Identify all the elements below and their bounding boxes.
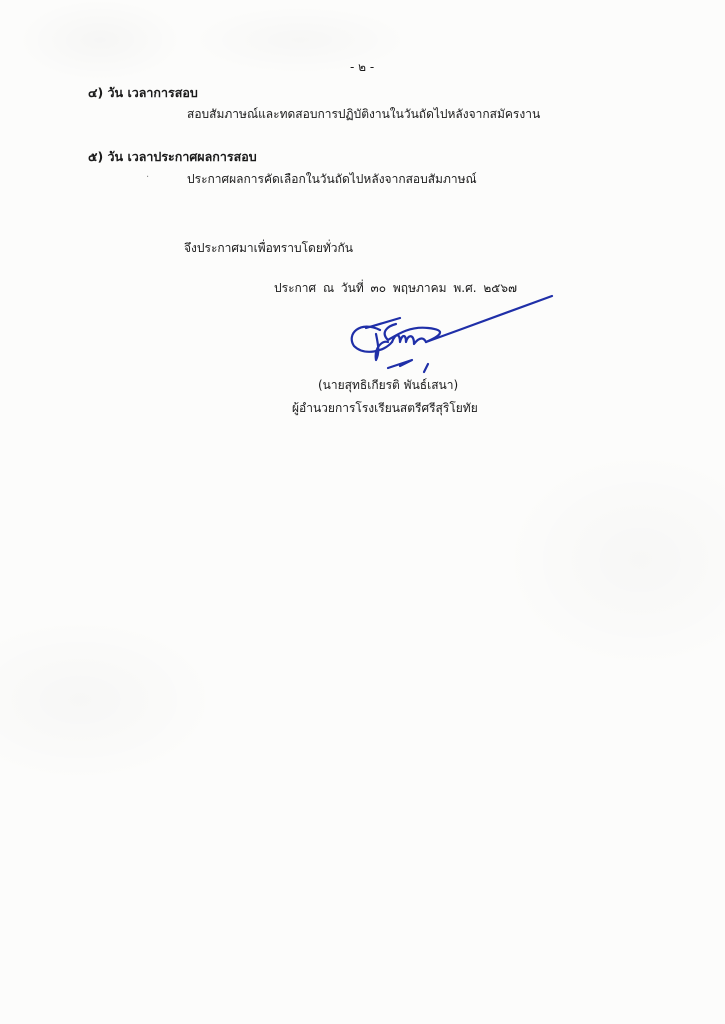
signer-name: (นายสุทธิเกียรติ พันธ์เสนา) xyxy=(318,376,458,395)
section-4-heading: ๔) วัน เวลาการสอบ xyxy=(88,83,198,103)
closing-statement: จึงประกาศมาเพื่อทราบโดยทั่วกัน xyxy=(184,239,353,258)
page-number: - ๒ - xyxy=(350,58,374,77)
section-5-body: ประกาศผลการคัดเลือกในวันถัดไปหลังจากสอบส… xyxy=(187,170,477,189)
signer-position: ผู้อำนวยการโรงเรียนสตรีศรีสุริโยทัย xyxy=(292,399,478,418)
section-4-body: สอบสัมภาษณ์และทดสอบการปฏิบัติงานในวันถัด… xyxy=(187,105,540,124)
section-5-heading: ๕) วัน เวลาประกาศผลการสอบ xyxy=(88,147,257,167)
scan-speck: · xyxy=(146,172,149,183)
signature-image xyxy=(330,290,560,380)
signature-strokes xyxy=(352,296,552,372)
